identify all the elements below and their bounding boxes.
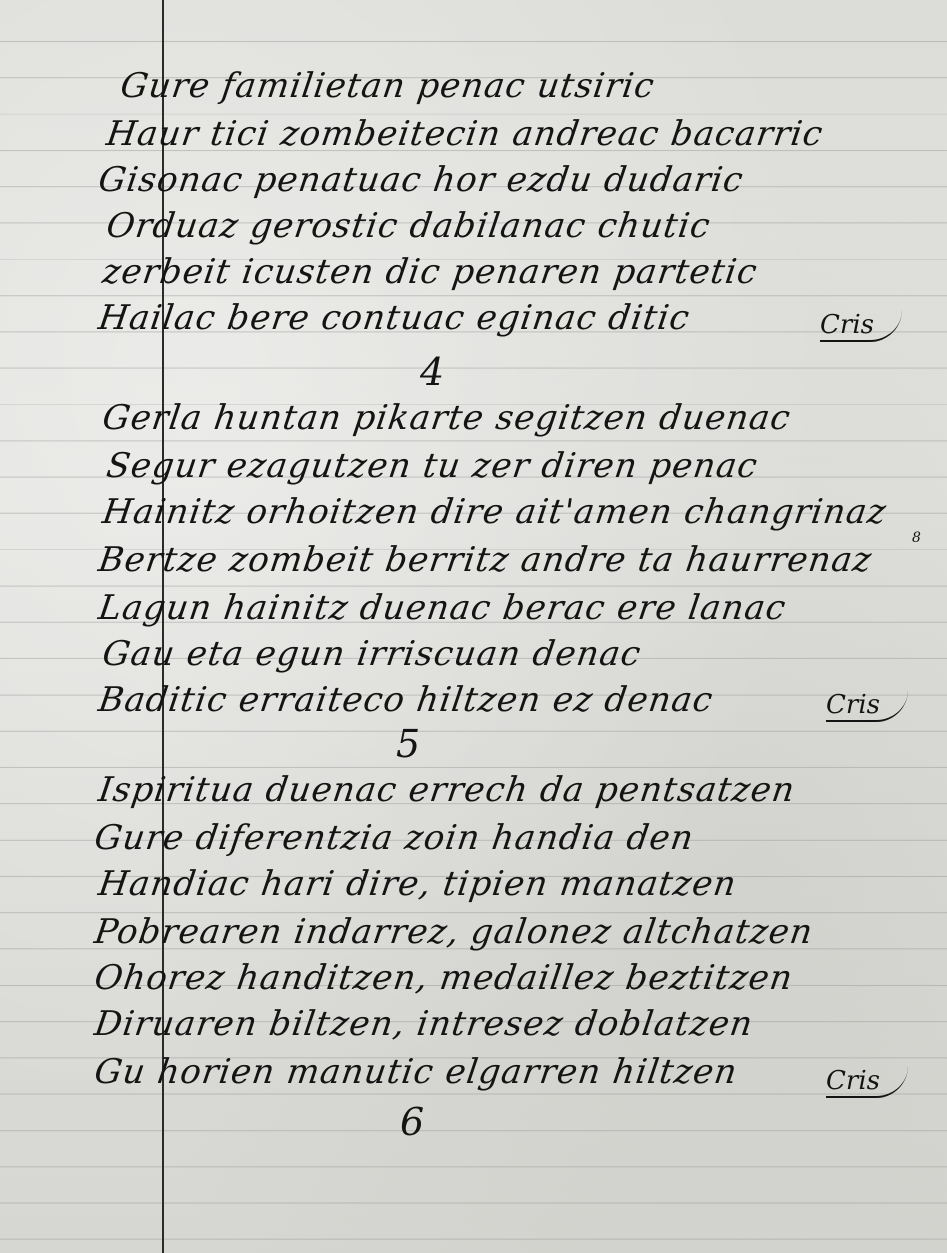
verse-line: Handiac hari dire, tipien manatzen [96,864,739,904]
verse-line: Orduaz gerostic dabilanac chutic [104,206,713,246]
verse-line: Ispiritua duenac errech da pentsatzen [96,770,798,810]
verse-line: Bertze zombeit berritz andre ta haurrena… [96,540,875,580]
verse-line: Haur tici zombeitecin andreac bacarric [104,114,826,154]
stanza-number: 5 [396,722,420,766]
verse-line: Hainitz orhoitzen dire ait'amen changrin… [100,492,889,532]
verse-line: Ohorez handitzen, medaillez beztitzen [92,958,796,998]
verse-line: Pobrearen indarrez, galonez altchatzen [92,912,816,952]
verse-line: Lagun hainitz duenac berac ere lanac [96,588,789,628]
verse-line: Gure diferentzia zoin handia den [92,818,697,858]
verse-line: Gerla huntan pikarte segitzen duenac [100,398,793,438]
verse-line: zerbeit icusten dic penaren partetic [100,252,760,292]
verse-line: Segur ezagutzen tu zer diren penac [104,446,760,486]
verse-line: Gisonac penatuac hor ezdu dudaric [96,160,746,200]
verse-line: Gau eta egun irriscuan denac [100,634,644,674]
verse-line: Hailac bere contuac eginac ditic [96,298,693,338]
manuscript-page: Gure familietan penac utsiric Haur tici … [0,0,947,1253]
verse-line: Baditic erraiteco hiltzen ez denac [96,680,716,720]
stanza-number: 6 [400,1100,424,1144]
verse-line: Diruaren biltzen, intresez doblatzen [92,1004,756,1044]
verse-line: Gure familietan penac utsiric [118,66,657,106]
verse-line: Gu horien manutic elgarren hiltzen [92,1052,740,1092]
stanza-number: 4 [420,350,444,394]
margin-note: 8 [912,530,921,546]
